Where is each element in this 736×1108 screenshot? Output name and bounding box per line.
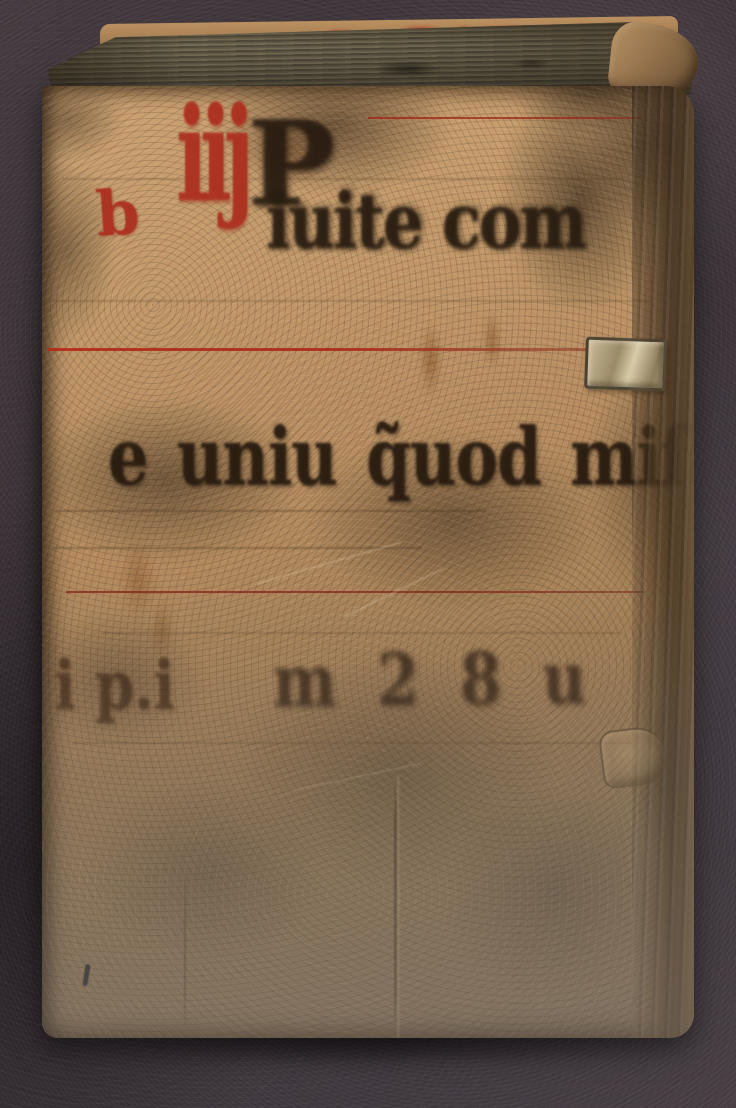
manuscript-photo: b iij P iuite com e uniu q̃uod miſau r i… (0, 0, 736, 1108)
parchment-cover: b iij P iuite com e uniu q̃uod miſau r i… (42, 86, 694, 1038)
gray-wear-overlay (42, 86, 694, 1038)
